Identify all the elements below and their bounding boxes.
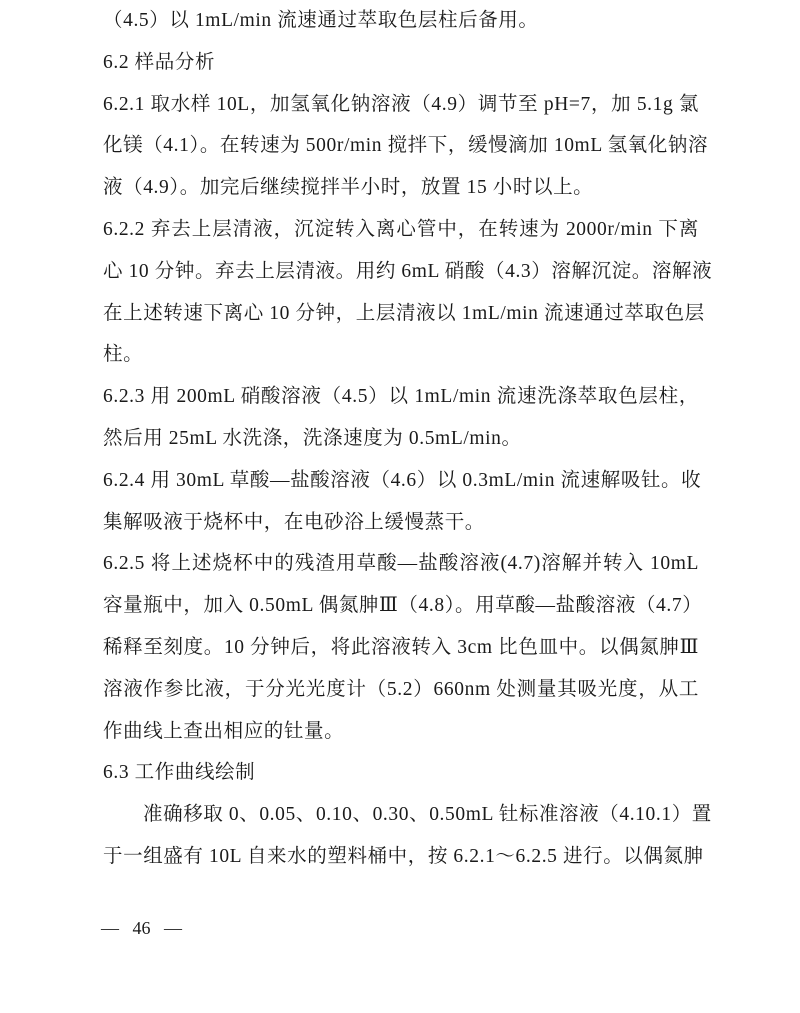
paragraph-6-3-line: 于一组盛有 10L 自来水的塑料桶中，按 6.2.1～6.2.5 进行。以偶氮胂 bbox=[103, 836, 699, 878]
page-number: — 46 — bbox=[101, 918, 182, 939]
paragraph-6-2-5-line: 稀释至刻度。10 分钟后，将此溶液转入 3cm 比色皿中。以偶氮胂Ⅲ bbox=[103, 627, 699, 669]
text-line-continuation: （4.5）以 1mL/min 流速通过萃取色层柱后备用。 bbox=[103, 0, 699, 42]
paragraph-6-2-1-line: 液（4.9）。加完后继续搅拌半小时，放置 15 小时以上。 bbox=[103, 167, 699, 209]
paragraph-6-2-1-line: 6.2.1 取水样 10L，加氢氧化钠溶液（4.9）调节至 pH=7，加 5.1… bbox=[103, 84, 699, 126]
paragraph-6-2-2-line: 在上述转速下离心 10 分钟，上层清液以 1mL/min 流速通过萃取色层 bbox=[103, 293, 699, 335]
paragraph-6-3-line: 准确移取 0、0.05、0.10、0.30、0.50mL 钍标准溶液（4.10.… bbox=[103, 794, 699, 836]
paragraph-6-2-2-line: 柱。 bbox=[103, 334, 699, 376]
paragraph-6-2-4-line: 集解吸液于烧杯中，在电砂浴上缓慢蒸干。 bbox=[103, 502, 699, 544]
paragraph-6-2-5-line: 容量瓶中，加入 0.50mL 偶氮胂Ⅲ（4.8）。用草酸—盐酸溶液（4.7） bbox=[103, 585, 699, 627]
document-page: （4.5）以 1mL/min 流速通过萃取色层柱后备用。 6.2 样品分析 6.… bbox=[103, 0, 699, 878]
paragraph-6-2-4-line: 6.2.4 用 30mL 草酸—盐酸溶液（4.6）以 0.3mL/min 流速解… bbox=[103, 460, 699, 502]
paragraph-6-2-2-line: 6.2.2 弃去上层清液，沉淀转入离心管中，在转速为 2000r/min 下离 bbox=[103, 209, 699, 251]
paragraph-6-2-5-line: 作曲线上查出相应的钍量。 bbox=[103, 711, 699, 753]
paragraph-6-2-2-line: 心 10 分钟。弃去上层清液。用约 6mL 硝酸（4.3）溶解沉淀。溶解液 bbox=[103, 251, 699, 293]
paragraph-6-2-1-line: 化镁（4.1）。在转速为 500r/min 搅拌下，缓慢滴加 10mL 氢氧化钠… bbox=[103, 125, 699, 167]
paragraph-6-2-3-line: 然后用 25mL 水洗涤，洗涤速度为 0.5mL/min。 bbox=[103, 418, 699, 460]
paragraph-6-2-3-line: 6.2.3 用 200mL 硝酸溶液（4.5）以 1mL/min 流速洗涤萃取色… bbox=[103, 376, 699, 418]
section-heading-6-2: 6.2 样品分析 bbox=[103, 42, 699, 84]
paragraph-6-2-5-line: 6.2.5 将上述烧杯中的残渣用草酸—盐酸溶液(4.7)溶解并转入 10mL bbox=[103, 543, 699, 585]
section-heading-6-3: 6.3 工作曲线绘制 bbox=[103, 752, 699, 794]
paragraph-6-2-5-line: 溶液作参比液，于分光光度计（5.2）660nm 处测量其吸光度，从工 bbox=[103, 669, 699, 711]
